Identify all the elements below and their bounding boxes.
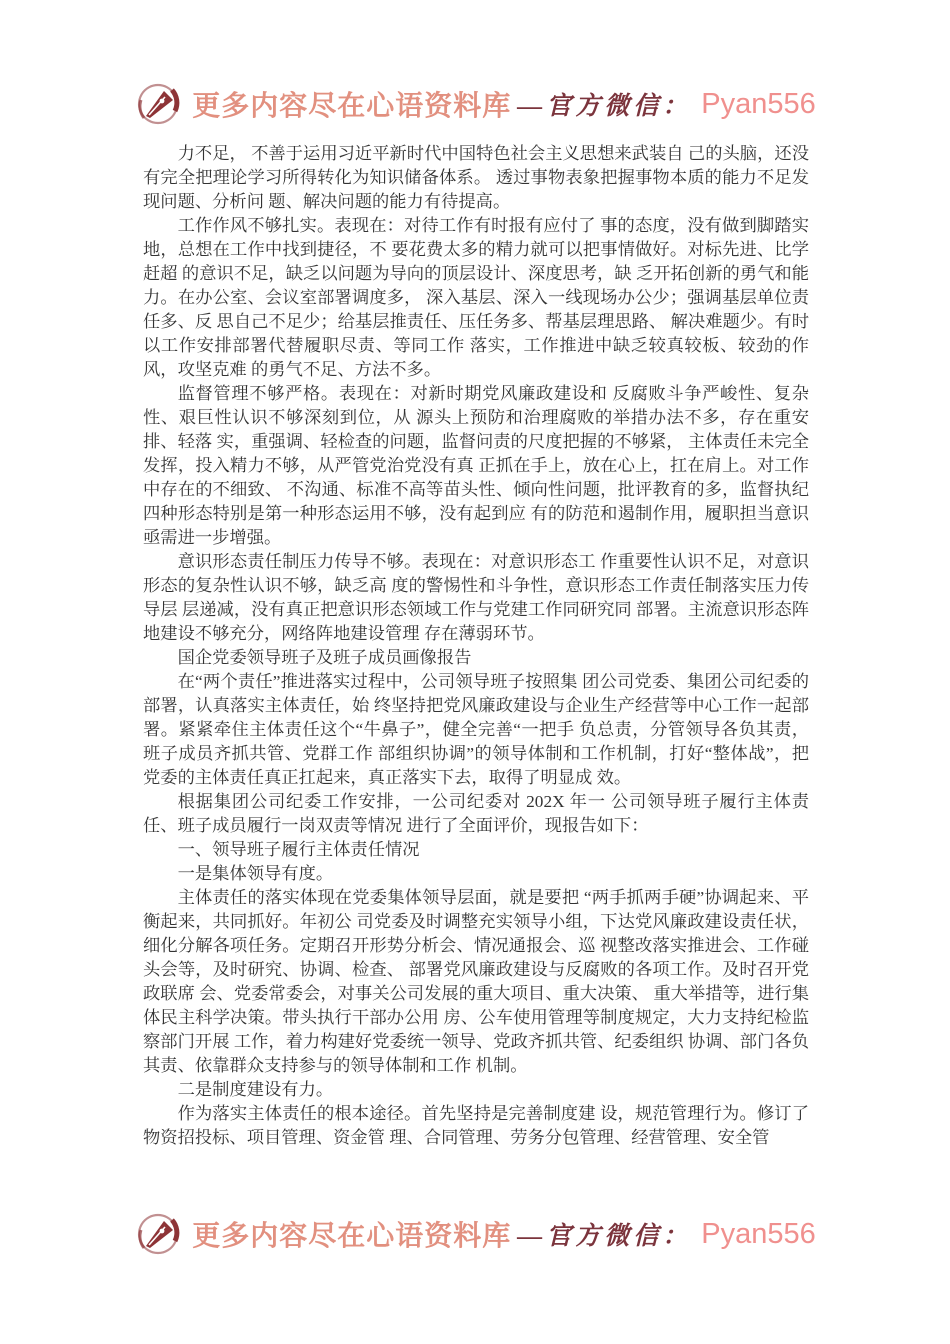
section-heading-main-responsibility: 一、领导班子履行主体责任情况 [143,838,809,862]
paragraph-two-responsibilities: 在“两个责任”推进落实过程中，公司领导班子按照集 团公司党委、集团公司纪委的部署… [143,670,809,790]
paragraph-evaluation-intro: 根据集团公司纪委工作安排，一公司纪委对 202X 年一 公司领导班子履行主体责任… [143,790,809,838]
paragraph-ability-shortfall: 力不足， 不善于运用习近平新时代中国特色社会主义思想来武装自 己的头脑，还没有完… [143,142,809,214]
report-title: 国企党委领导班子及班子成员画像报告 [143,646,809,670]
pen-nib-logo-icon [134,1210,182,1258]
document-page: 更多内容尽在心语资料库 —官方微信： Pyan556 力不足， 不善于运用习近平… [0,0,950,1344]
paragraph-supervision: 监督管理不够严格。表现在：对新时期党风廉政建设和 反腐败斗争严峻性、复杂性、艰巨… [143,382,809,550]
watermark-wechat-id: Pyan556 [701,1218,816,1251]
paragraph-collective-leadership-detail: 主体责任的落实体现在党委集体领导层面，就是要把 “两手抓两手硬”协调起来、平衡起… [143,886,809,1078]
watermark-wechat-label: —官方微信： [517,86,691,122]
pen-nib-logo-icon [134,80,182,128]
watermark-wechat-id: Pyan556 [701,88,816,121]
paragraph-institution-building-detail: 作为落实主体责任的根本途径。首先坚持是完善制度建 设，规范管理行为。修订了物资招… [143,1102,809,1150]
paragraph-ideology: 意识形态责任制压力传导不够。表现在：对意识形态工 作重要性认识不足，对意识形态的… [143,550,809,646]
footer-watermark: 更多内容尽在心语资料库 —官方微信： Pyan556 [0,1210,950,1258]
watermark-brand-text: 更多内容尽在心语资料库 [192,84,511,124]
subheading-collective-leadership: 一是集体领导有度。 [143,862,809,886]
subheading-institution-building: 二是制度建设有力。 [143,1078,809,1102]
document-body: 力不足， 不善于运用习近平新时代中国特色社会主义思想来武装自 己的头脑，还没有完… [143,142,809,1150]
paragraph-work-style: 工作作风不够扎实。表现在：对待工作有时报有应付了 事的态度，没有做到脚踏实地，总… [143,214,809,382]
watermark-wechat-label: —官方微信： [517,1216,691,1252]
header-watermark: 更多内容尽在心语资料库 —官方微信： Pyan556 [0,80,950,128]
watermark-brand-text: 更多内容尽在心语资料库 [192,1214,511,1254]
